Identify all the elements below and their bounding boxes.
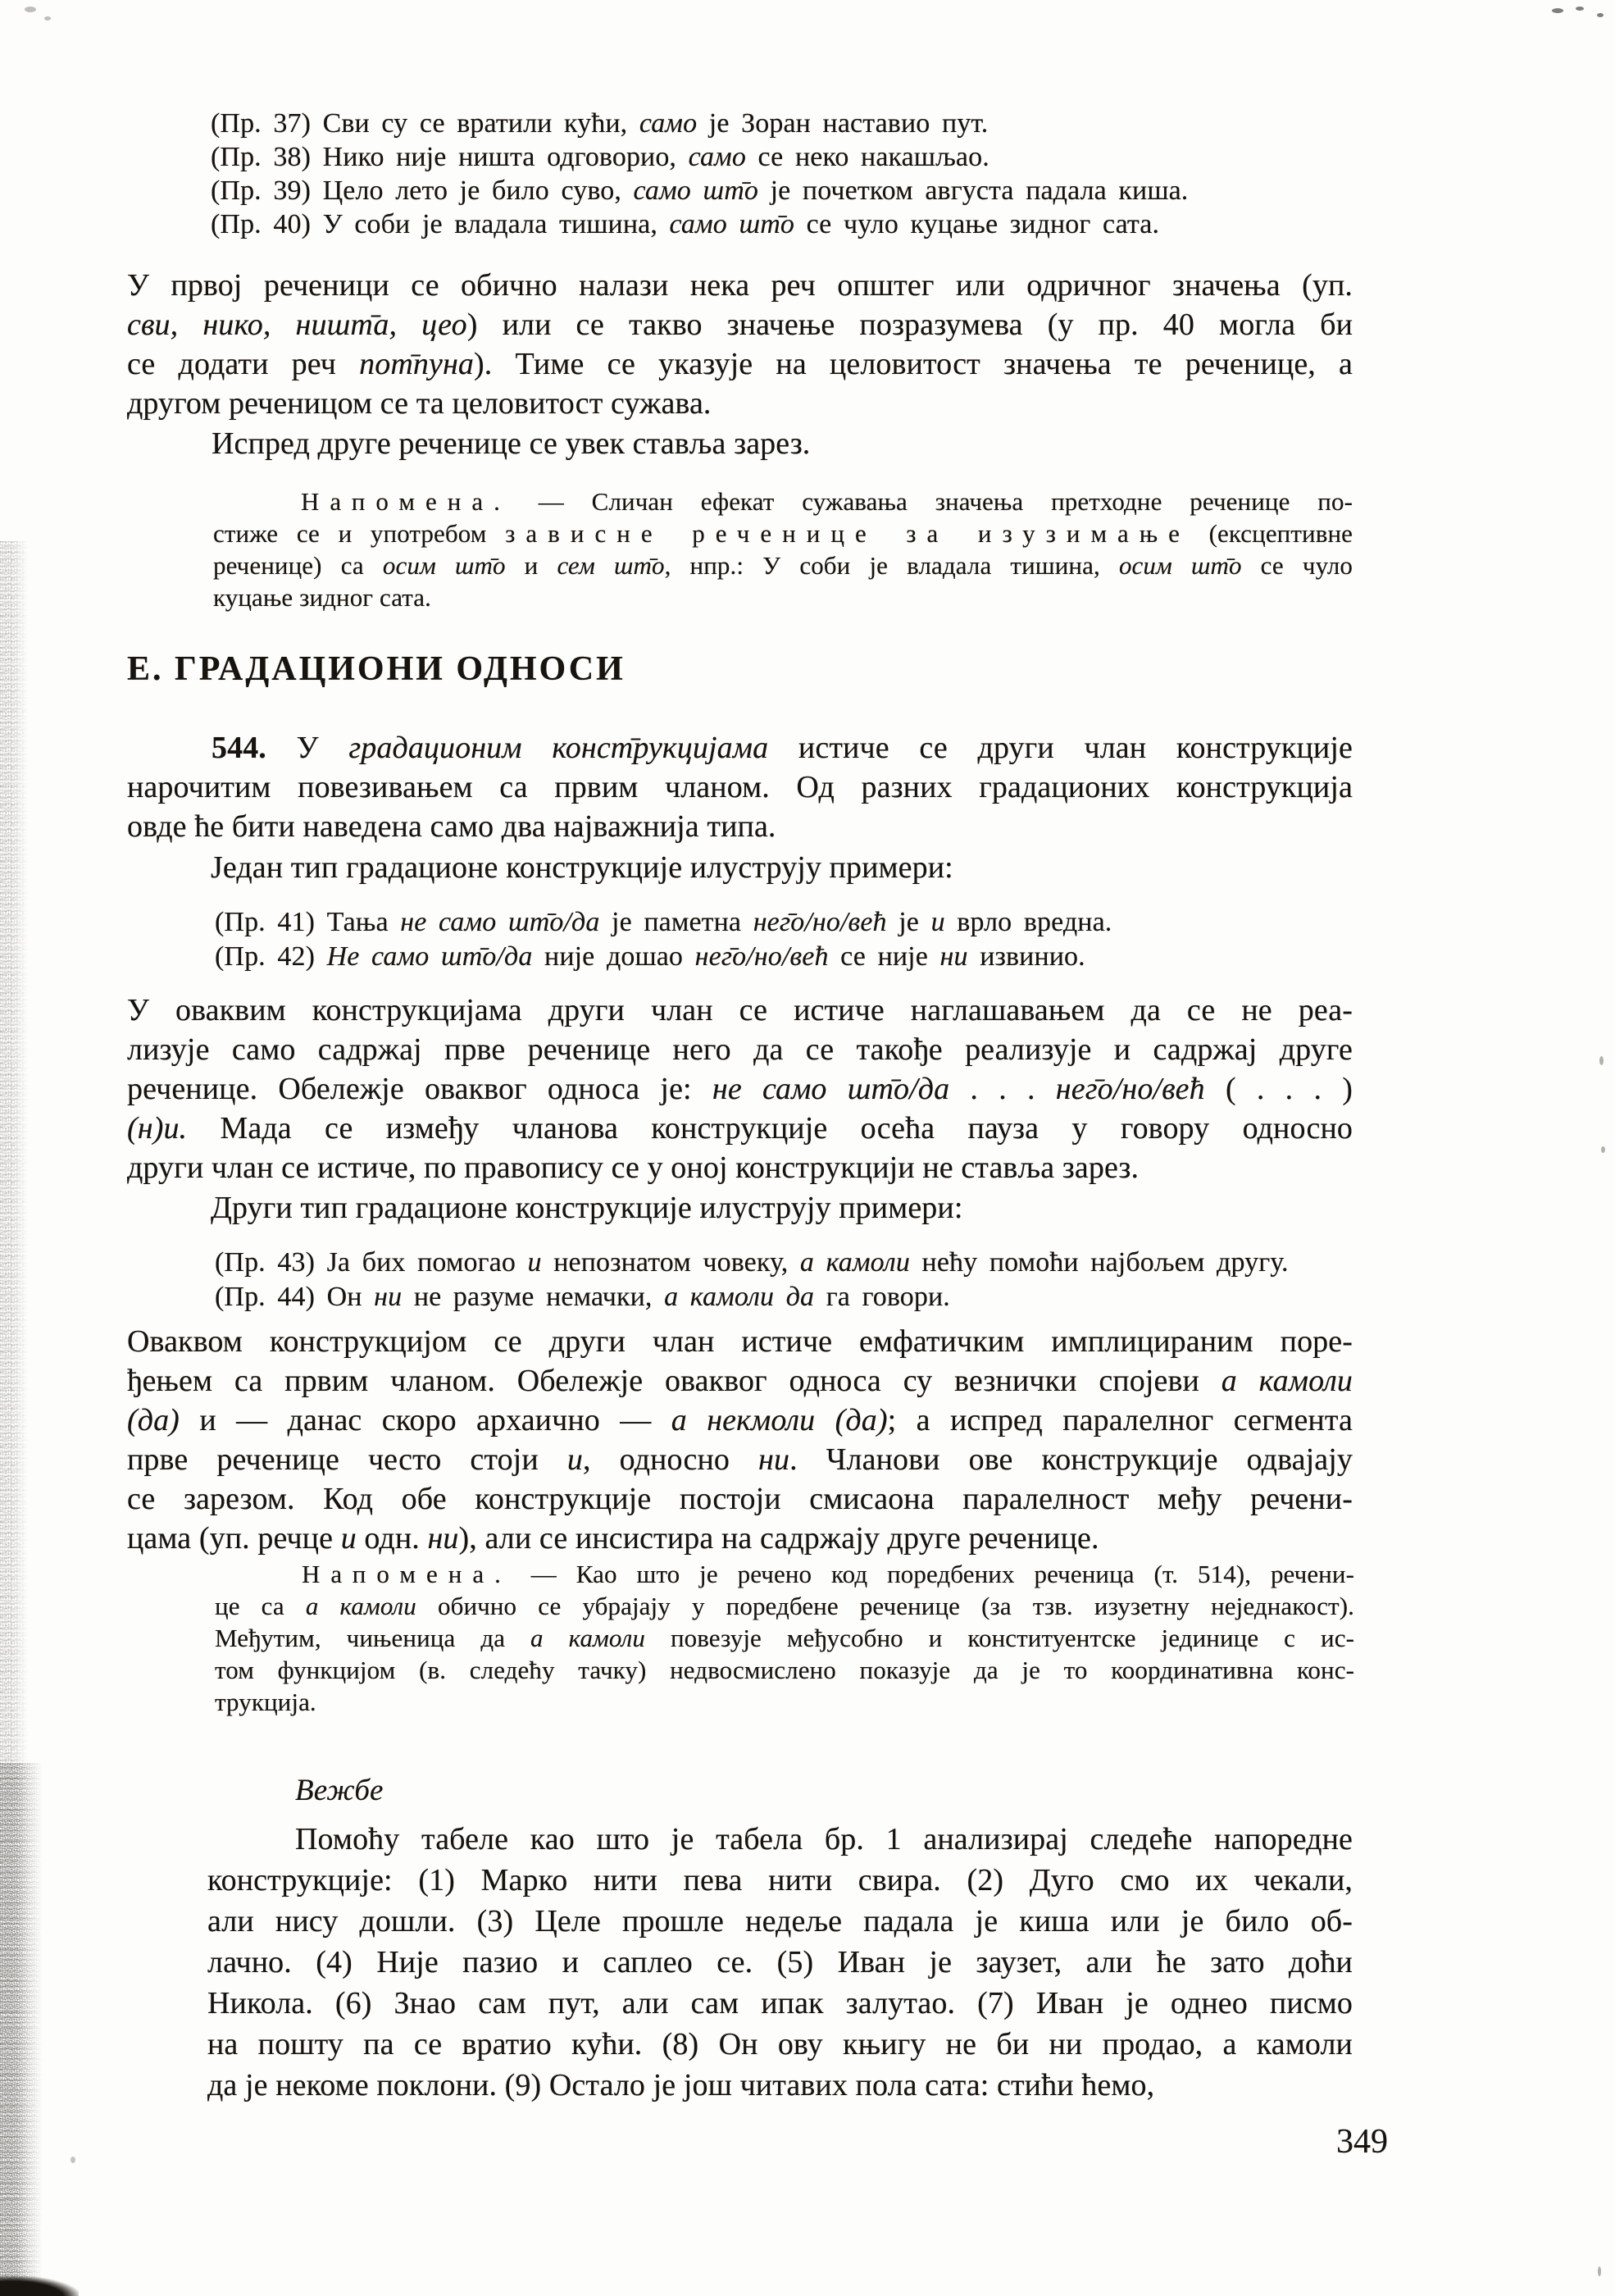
italic-segment: само (689, 142, 746, 172)
text-segment: је Зоран наставио пут. (697, 108, 988, 139)
text-segment: на пошту па се вратио кући. (8) Он ову к… (207, 2027, 1353, 2061)
text-segment: Један тип градационе конструкције илустр… (211, 850, 953, 885)
text-segment: лачно. (4) Није пазио и саплео се. (5) И… (207, 1945, 1353, 1979)
text-line: лачно. (4) Није пазио и саплео се. (5) И… (207, 1942, 1353, 1983)
text-segment: Међутим, чињеница да (215, 1624, 530, 1652)
italic-segment: сем шт̄о (557, 551, 664, 580)
text-segment: се чуло (1242, 551, 1353, 580)
text-segment: куцање зидног сата. (213, 583, 431, 612)
text-line: (Пр. 38) Нико није ништа одговорио, само… (211, 140, 1188, 174)
text-line: реченице. Обележје оваквог односа је: не… (127, 1069, 1353, 1109)
exercises-label: Вежбе (295, 1773, 384, 1809)
paragraph-first-type: У оваквим конструкцијама други члан се и… (127, 991, 1353, 1187)
letterspaced-segment: зависне реченице за изузимање (505, 519, 1190, 548)
text-line: да је некоме поклони. (9) Остало је још … (207, 2065, 1353, 2106)
text-segment: конструкције: (1) Марко нити пева нити с… (207, 1863, 1353, 1897)
text-segment: ; а испред паралелног сегмента (888, 1403, 1353, 1437)
page-number: 349 (1336, 2124, 1388, 2160)
text-line: ђењем са првим чланом. Обележје оваквог … (127, 1361, 1353, 1401)
italic-segment: а камоли (800, 1247, 910, 1278)
italic-segment: и (341, 1521, 357, 1556)
text-segment: (Пр. 42) (215, 941, 327, 972)
text-segment: ђењем са првим чланом. Обележје оваквог … (127, 1364, 1221, 1398)
napomena-1: Напомена. — Сличан ефекат сужавања значе… (213, 485, 1353, 613)
italic-segment: и (567, 1442, 583, 1477)
text-line: прве реченице често стоји и, односно ни.… (127, 1440, 1353, 1479)
text-line: трукција. (215, 1686, 1354, 1718)
italic-segment: не само шт̄о/да (400, 907, 599, 937)
letterspaced-segment: Напомена. (302, 1560, 512, 1588)
text-line: Оваквом конструкцијом се други члан исти… (127, 1322, 1353, 1361)
italic-segment: нег̄о/но/већ (1056, 1072, 1205, 1106)
exercises-paragraph: Помоћу табеле као што је табела бр. 1 ан… (207, 1819, 1353, 2106)
text-line: Други тип градационе конструкције илустр… (211, 1188, 962, 1228)
scan-speck (25, 7, 36, 12)
text-line: (Пр. 40) У соби је владала тишина, само … (211, 207, 1188, 241)
text-segment: ). Тиме се указује на целовитост значења… (474, 347, 1353, 381)
scan-noise-left-edge-lower (0, 1763, 46, 2296)
text-line: стиже се и употребом зависне реченице за… (213, 517, 1353, 549)
scan-speck (1601, 1146, 1605, 1153)
text-segment: се додати реч (127, 347, 359, 381)
scanned-page: (Пр. 37) Сви су се вратили кући, само је… (0, 0, 1615, 2296)
text-segment: реченице. Обележје оваквог односа је: (127, 1072, 712, 1106)
text-segment: је паметна (599, 907, 753, 937)
text-line: Помоћу табеле као што је табела бр. 1 ан… (207, 1819, 1353, 1860)
text-segment: га говори. (814, 1282, 950, 1312)
text-segment: ( . . . ) (1205, 1072, 1353, 1106)
text-line: 544. У градационим конст̄рукцијама истич… (127, 728, 1353, 768)
text-segment: ), али се инсистира на садржају друге ре… (459, 1521, 1099, 1556)
text-line: (да) и — данас скоро архаично — а некмол… (127, 1401, 1353, 1440)
italic-segment: ни (758, 1442, 789, 1477)
italic-segment: и (931, 907, 945, 937)
text-segment: У оваквим конструкцијама други члан се и… (127, 993, 1353, 1027)
text-segment: овде ће бити наведена само два најважниј… (127, 809, 776, 844)
text-segment: извинио. (968, 941, 1085, 972)
text-segment: али нису дошли. (3) Целе прошле недеље п… (207, 1904, 1353, 1938)
text-segment: нећу помоћи најбољем другу. (910, 1247, 1289, 1278)
text-segment: (Пр. 37) Сви су се вратили кући, (211, 108, 639, 139)
paragraph-second-type: Оваквом конструкцијом се други члан исти… (127, 1322, 1353, 1558)
text-segment: је (887, 907, 931, 937)
text-segment: (Пр. 38) Нико није ништа одговорио, (211, 142, 689, 172)
text-segment: се неко накашљао. (746, 142, 989, 172)
text-line: Напомена. — Као што је речено код поредб… (215, 1558, 1354, 1590)
italic-segment: пот̄пуна (359, 347, 474, 381)
text-segment: трукција. (215, 1688, 316, 1716)
paragraph-first-clause: У првој реченици се обично налази нека р… (127, 266, 1353, 423)
text-line: (Пр. 39) Цело лето је било суво, само шт… (211, 174, 1188, 207)
text-line: али нису дошли. (3) Целе прошле недеље п… (207, 1901, 1353, 1942)
text-segment: не разуме немачки, (402, 1282, 664, 1312)
italic-segment: а камоли да (664, 1282, 814, 1312)
text-line: овде ће бити наведена само два најважниј… (127, 807, 1353, 846)
italic-segment: а камоли (1221, 1364, 1353, 1398)
italic-segment: осим шт̄о (383, 551, 506, 580)
text-line: лизује само садржај прве реченице него д… (127, 1030, 1353, 1069)
text-line: том функцијом (в. следећу тачку) недвосм… (215, 1654, 1354, 1686)
text-segment: Е. ГРАДАЦИОНИ ОДНОСИ (127, 650, 626, 688)
text-line: куцање зидног сата. (213, 581, 1353, 613)
text-segment: (Пр. 41) Тања (215, 907, 400, 937)
italic-segment: а некмоли (да) (671, 1403, 888, 1437)
examples-37-40: (Пр. 37) Сви су се вратили кући, само је… (211, 107, 1188, 241)
text-line: (Пр. 42) Не само шт̄о/да није дошао нег̄… (215, 940, 1112, 974)
text-segment: Оваквом конструкцијом се други члан исти… (127, 1324, 1353, 1359)
italic-segment: нег̄о/но/већ (695, 941, 829, 972)
text-line: други члан се истиче, по правопису се у … (127, 1148, 1353, 1187)
scan-shadow-bottom-left (0, 2276, 79, 2296)
text-line: реченице) са осим шт̄о и сем шт̄о, нпр.:… (213, 549, 1353, 581)
scan-speck (1598, 2266, 1601, 2276)
text-line: У првој реченици се обично налази нека р… (127, 266, 1353, 305)
text-segment: У (266, 731, 348, 765)
italic-segment: не само шт̄о/да (712, 1072, 949, 1106)
italic-segment: сви, нико, ништ̄а, цео (127, 307, 467, 342)
text-segment: (Пр. 43) Ја бих помогао (215, 1247, 528, 1278)
italic-segment: нег̄о/но/већ (753, 907, 887, 937)
text-line: Међутим, чињеница да а камоли повезује м… (215, 1622, 1354, 1654)
text-segment: реченице) са (213, 551, 383, 580)
italic-segment: ни (374, 1282, 402, 1312)
text-segment: се зарезом. Код обе конструкције постоји… (127, 1482, 1353, 1516)
text-line: У оваквим конструкцијама други члан се и… (127, 991, 1353, 1030)
text-segment: . Чланови ове конструкције одвајају (789, 1442, 1353, 1477)
text-line: (Пр. 41) Тања не само шт̄о/да је паметна… (215, 905, 1112, 940)
text-segment: (Пр. 44) Он (215, 1282, 374, 1312)
text-line: (Пр. 44) Он ни не разуме немачки, а камо… (215, 1280, 1289, 1314)
text-segment: да је некоме поклони. (9) Остало је још … (207, 2068, 1154, 2102)
napomena-2: Напомена. — Као што је речено код поредб… (215, 1558, 1354, 1718)
text-line: Никола. (6) Знао сам пут, али сам ипак з… (207, 1983, 1353, 2024)
text-segment: прве реченице често стоји (127, 1442, 567, 1477)
text-line: Напомена. — Сличан ефекат сужавања значе… (213, 485, 1353, 517)
text-line: се зарезом. Код обе конструкције постоји… (127, 1479, 1353, 1519)
text-segment: Вежбе (295, 1774, 384, 1807)
text-segment: Мада се између чланова конструкције осећ… (187, 1111, 1353, 1146)
text-segment: је почетком августа падала киша. (758, 175, 1188, 206)
examples-43-44: (Пр. 43) Ја бих помогао и непознатом чов… (215, 1246, 1289, 1314)
text-segment: том функцијом (в. следећу тачку) недвосм… (215, 1656, 1354, 1684)
text-line: сви, нико, ништ̄а, цео) или се такво зна… (127, 305, 1353, 344)
text-segment: (ексцептивне (1190, 519, 1353, 548)
text-line: (н)и. Мада се између чланова конструкциј… (127, 1109, 1353, 1148)
scan-speck (71, 2157, 75, 2163)
text-segment: непознатом човеку, (542, 1247, 800, 1278)
text-segment: стиже се и употребом (213, 519, 505, 548)
text-segment: се није (829, 941, 940, 972)
text-segment: ) или се такво значење позразумева (у пр… (467, 307, 1353, 342)
text-segment: — Сличан ефекат сужавања значења претход… (511, 487, 1353, 516)
text-segment: Никола. (6) Знао сам пут, али сам ипак з… (207, 1986, 1353, 2020)
italic-segment: Не само шт̄о/да (327, 941, 533, 972)
bold-segment: 544. (212, 731, 266, 765)
text-segment: истиче се други члан конструкције (768, 731, 1353, 765)
examples-41-42: (Пр. 41) Тања не само шт̄о/да је паметна… (215, 905, 1112, 974)
text-segment: одн. (357, 1521, 428, 1556)
text-segment: лизује само садржај прве реченице него д… (127, 1032, 1353, 1067)
text-segment: (Пр. 40) У соби је владала тишина, (211, 209, 670, 239)
italic-segment: (н)и. (127, 1111, 187, 1146)
line-first-type: Један тип градационе конструкције илустр… (211, 848, 953, 887)
italic-segment: градационим конст̄рукцијама (348, 731, 768, 765)
text-segment: . . . (949, 1072, 1056, 1106)
text-line: на пошту па се вратио кући. (8) Он ову к… (207, 2024, 1353, 2065)
scan-speck (1552, 8, 1563, 13)
italic-segment: само (639, 108, 697, 139)
text-line: Вежбе (295, 1773, 384, 1809)
text-segment: це са (215, 1592, 306, 1620)
text-segment: цама (уп. речце (127, 1521, 341, 1556)
text-line: це са а камоли обично се убрајају у поре… (215, 1590, 1354, 1622)
italic-segment: (да) (127, 1403, 180, 1437)
italic-segment: ни (940, 941, 968, 972)
section-heading: Е. ГРАДАЦИОНИ ОДНОСИ (127, 649, 1353, 689)
text-segment: нарочитим повезивањем са првим чланом. О… (127, 770, 1353, 804)
text-segment: и (506, 551, 557, 580)
text-line: (Пр. 37) Сви су се вратили кући, само је… (211, 107, 1188, 140)
text-segment: У првој реченици се обично налази нека р… (127, 268, 1353, 303)
text-segment: повезује међусобно и конституентске једи… (645, 1624, 1354, 1652)
scan-speck (1576, 7, 1584, 11)
italic-segment: а камоли (530, 1624, 645, 1652)
text-line: Е. ГРАДАЦИОНИ ОДНОСИ (127, 649, 1353, 689)
text-line: цама (уп. речце и одн. ни), али се инсис… (127, 1519, 1353, 1558)
italic-segment: а камоли (306, 1592, 416, 1620)
italic-segment: и (528, 1247, 542, 1278)
line-comma-rule: Испред друге реченице се увек ставља зар… (212, 424, 810, 463)
text-line: (Пр. 43) Ја бих помогао и непознатом чов… (215, 1246, 1289, 1280)
italic-segment: ни (427, 1521, 458, 1556)
letterspaced-segment: Напомена. (301, 487, 511, 516)
text-segment: се чуло куцање зидног сата. (794, 209, 1159, 239)
scan-speck (1599, 1056, 1604, 1065)
text-line: конструкције: (1) Марко нити пева нити с… (207, 1860, 1353, 1901)
text-segment: други члан се истиче, по правопису се у … (127, 1150, 1139, 1185)
text-segment: другом реченицом се та целовитост сужава… (127, 386, 712, 421)
line-second-type: Други тип градационе конструкције илустр… (211, 1188, 962, 1228)
text-segment: , нпр.: У соби је владала тишина, (665, 551, 1119, 580)
text-segment: и — данас скоро архаично — (180, 1403, 671, 1437)
text-line: нарочитим повезивањем са првим чланом. О… (127, 768, 1353, 807)
text-line: Испред друге реченице се увек ставља зар… (212, 424, 810, 463)
text-segment: — Као што је речено код поредбених речен… (512, 1560, 1354, 1588)
italic-segment: осим шт̄о (1119, 551, 1242, 580)
text-segment: није дошао (532, 941, 694, 972)
text-line: Један тип градационе конструкције илустр… (211, 848, 953, 887)
scan-speck (1597, 13, 1604, 17)
text-segment: (Пр. 39) Цело лето је било суво, (211, 175, 634, 206)
text-segment: обично се убрајају у поредбене реченице … (416, 1592, 1354, 1620)
text-segment: Испред друге реченице се увек ставља зар… (212, 426, 810, 461)
italic-segment: само шт̄о (670, 209, 794, 239)
text-segment: Помоћу табеле као што је табела бр. 1 ан… (295, 1822, 1353, 1856)
italic-segment: само шт̄о (634, 175, 758, 206)
text-line: се додати реч пот̄пуна). Тиме се указује… (127, 344, 1353, 384)
scan-speck (44, 16, 51, 20)
text-segment: Други тип градационе конструкције илустр… (211, 1191, 962, 1225)
paragraph-544: 544. У градационим конст̄рукцијама истич… (127, 728, 1353, 846)
text-segment: врло вредна. (945, 907, 1112, 937)
text-segment: , односно (583, 1442, 758, 1477)
text-line: другом реченицом се та целовитост сужава… (127, 384, 1353, 423)
